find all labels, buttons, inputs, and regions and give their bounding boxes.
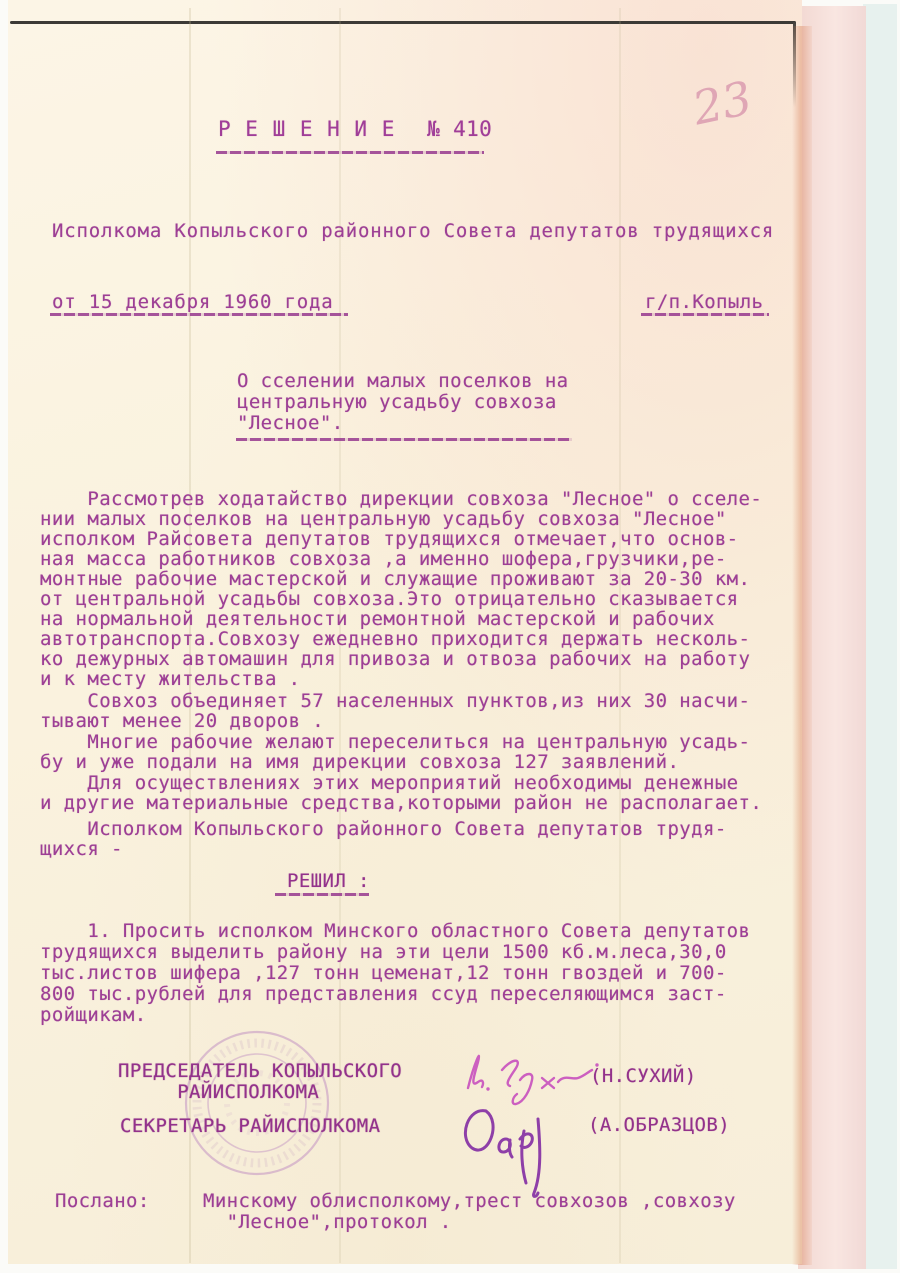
text-line: Исполком Копыльского районного Совета де…	[40, 819, 727, 839]
text-line: щихся -	[40, 839, 727, 859]
text-line: Минскому облисполкому,трест совхозов ,со…	[203, 1191, 736, 1212]
signatory-title-chairman: ПРЕДСЕДАТЕЛЬ КОПЫЛЬСКОГО РАЙИСПОЛКОМА	[118, 1061, 402, 1103]
scanner-background	[863, 4, 897, 1269]
title-underline	[216, 151, 484, 154]
resolution-item: 1. Просить исполком Минского областного …	[40, 921, 750, 1026]
text-line: "Лесное".	[237, 413, 569, 434]
text-line: трудящихся выделить району на эти цели 1…	[40, 942, 750, 963]
text-line: Многие рабочие желают переселиться на це…	[40, 732, 750, 752]
text-line: и другие материальные средства,которыми …	[40, 793, 762, 813]
text-line: тыс.листов шифера ,127 тонн цеменат,12 т…	[40, 963, 750, 984]
signature-secretary-icon	[450, 1095, 575, 1200]
text-line: ная масса работников совхоза ,а именно ш…	[40, 549, 762, 569]
paragraph: Для осуществлениях этих мероприятий необ…	[40, 773, 762, 813]
text-line: от центральной усадьбы совхоза.Это отриц…	[40, 589, 762, 609]
signatory-name-chairman: (Н.СУХИЙ)	[590, 1066, 697, 1086]
subject-block: О сселении малых поселков нацентральную …	[237, 371, 569, 434]
page-top-edge-line	[10, 21, 796, 24]
text-line: центральную усадьбу совхоза	[237, 392, 569, 413]
subject-underline	[236, 438, 572, 441]
paragraph: Исполком Копыльского районного Совета де…	[40, 819, 727, 859]
issuing-body-line: Исполкома Копыльского районного Совета д…	[52, 221, 774, 241]
text-line: СЕКРЕТАРЬ РАЙИСПОЛКОМА	[120, 1116, 380, 1136]
text-line: тывают менее 20 дворов .	[40, 711, 750, 731]
text-line: нии малых поселков на центральную усадьб…	[40, 509, 762, 529]
date-line: от 15 декабря 1960 года	[52, 292, 334, 312]
text-line: и к месту жительства .	[40, 669, 762, 689]
text-line: "Лесное",протокол .	[203, 1212, 736, 1233]
resolution-heading: РЕШИЛ :	[287, 871, 370, 891]
document-number: № 410	[427, 119, 492, 139]
text-line: бу и уже подали на имя дирекции совхоза …	[40, 752, 750, 772]
document-scan: 23 Р Е Ш Е Н И Е № 410 Исполкома Копыльс…	[0, 0, 900, 1273]
text-line: 1. Просить исполком Минского областного …	[40, 921, 750, 942]
official-round-stamp-icon	[182, 1028, 332, 1178]
page-right-edge-shadow	[792, 26, 812, 1265]
signatory-title-secretary: СЕКРЕТАРЬ РАЙИСПОЛКОМА	[120, 1116, 380, 1136]
paragraph: Рассмотрев ходатайство дирекции совхоза …	[40, 489, 762, 689]
text-line: Совхоз объединяет 57 населенных пунктов,…	[40, 691, 750, 711]
text-line: ройщикам.	[40, 1005, 750, 1026]
text-line: ко дежурных автомашин для привоза и отво…	[40, 649, 762, 669]
date-underline	[50, 313, 348, 316]
text-line: РАЙИСПОЛКОМА	[118, 1082, 402, 1103]
text-line: О сселении малых поселков на	[237, 371, 569, 392]
place-label: г/п.Копыль	[645, 292, 763, 312]
text-line: 800 тыс.рублей для представления ссуд пе…	[40, 984, 750, 1005]
text-line: монтные рабочие мастерской и служащие пр…	[40, 569, 762, 589]
text-line: Для осуществлениях этих мероприятий необ…	[40, 773, 762, 793]
text-line: ПРЕДСЕДАТЕЛЬ КОПЫЛЬСКОГО	[118, 1061, 402, 1082]
text-line: на нормальной деятельности ремонтной мас…	[40, 609, 762, 629]
paragraph: Совхоз объединяет 57 населенных пунктов,…	[40, 691, 750, 731]
footer-label: Послано:	[55, 1191, 150, 1211]
signatory-name-secretary: (А.ОБРАЗЦОВ)	[588, 1115, 730, 1135]
text-line: исполком Райсовета депутатов трудящихся …	[40, 529, 762, 549]
place-underline	[641, 313, 769, 316]
document-title: Р Е Ш Е Н И Е	[218, 119, 395, 139]
paragraph: Многие рабочие желают переселиться на це…	[40, 732, 750, 772]
resolution-underline	[275, 893, 369, 896]
text-line: автотранспорта.Совхозу ежедневно приходи…	[40, 629, 762, 649]
text-line: Рассмотрев ходатайство дирекции совхоза …	[40, 489, 762, 509]
footer-distribution-list: Минскому облисполкому,трест совхозов ,со…	[203, 1191, 736, 1233]
